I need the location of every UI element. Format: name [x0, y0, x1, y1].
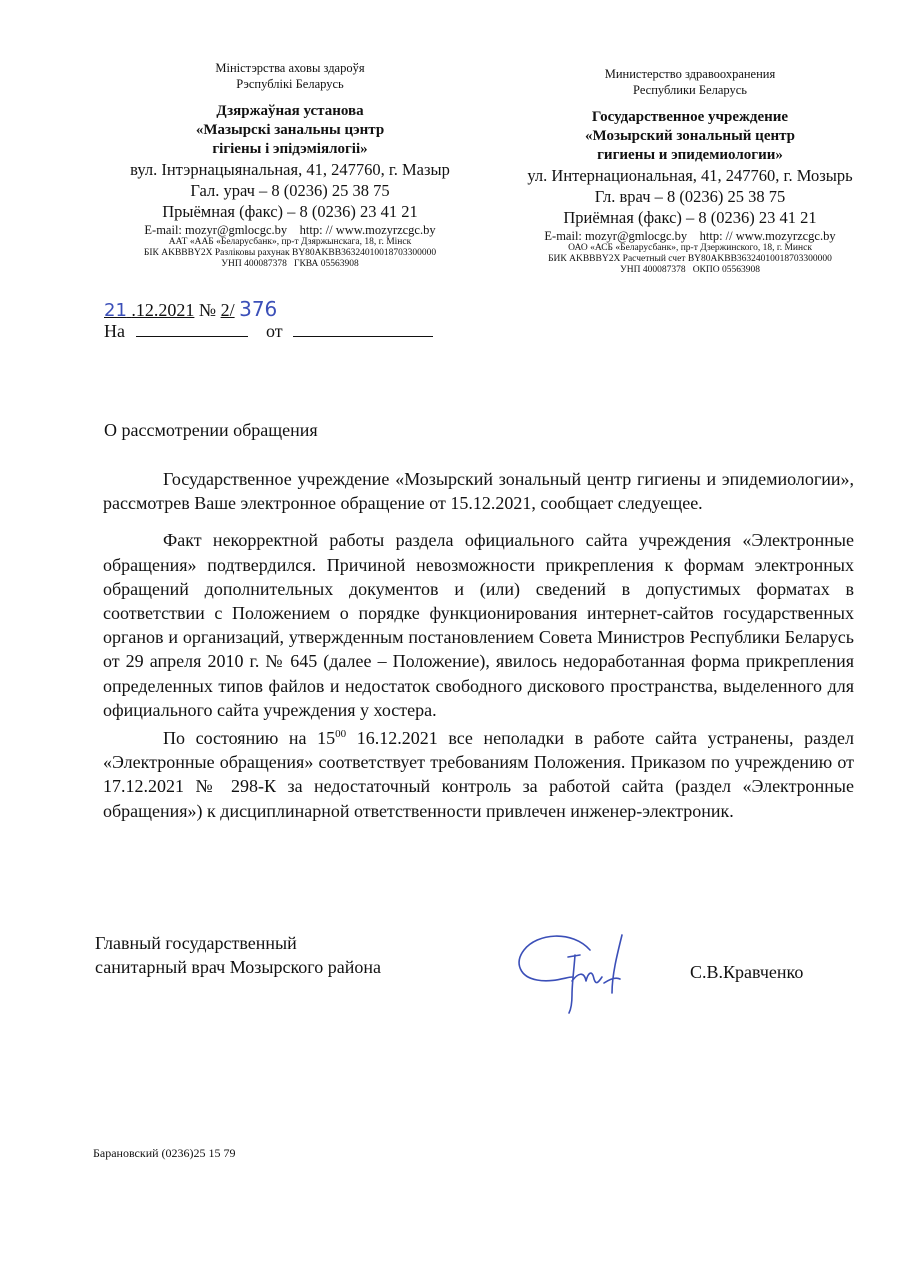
- title-line-1: Главный государственный: [95, 931, 381, 955]
- bank-line-2-by: БІК AKBBBY2X Разліковы рахунак BY80AKBB3…: [95, 248, 485, 259]
- number-label: №: [199, 300, 216, 320]
- org-line-2: «Мозырский зональный центр: [500, 127, 880, 146]
- header-left: Міністэрства аховы здароўя Рэспублікі Бе…: [95, 60, 485, 270]
- organization-name-by: Дзяржаўная установа «Мазырскі занальны ц…: [95, 102, 485, 159]
- org-line-2: «Мазырскі занальны цэнтр: [95, 121, 485, 140]
- signatory-title: Главный государственный санитарный врач …: [95, 931, 381, 979]
- printed-date: .12.2021: [131, 300, 194, 320]
- header-right: Министерство здравоохранения Республики …: [500, 66, 880, 276]
- bank-line-3-by: УНП 400087378 ГКВА 05563908: [95, 259, 485, 270]
- bank-line-2-ru: БИК AKBBBY2X Расчетный счет BY80AKBB3632…: [500, 254, 880, 265]
- org-line-1: Государственное учреждение: [500, 108, 880, 127]
- ministry-line-1: Министерство здравоохранения: [500, 66, 880, 82]
- reception-phone-ru: Приёмная (факс) – 8 (0236) 23 41 21: [500, 207, 880, 228]
- number-prefix: 2/: [221, 300, 235, 320]
- paragraph-3: По состоянию на 1500 16.12.2021 все непо…: [103, 722, 854, 823]
- from-blank: [293, 322, 433, 337]
- bank-line-1-ru: ОАО «АСБ «Беларусбанк», пр-т Дзержинског…: [500, 243, 880, 254]
- handwritten-number: 376: [239, 297, 277, 321]
- paragraph-1: Государственное учреждение «Мозырский зо…: [103, 467, 854, 515]
- bank-line-1-by: ААТ «ААБ «Беларусбанк», пр-т Дзяржынскаг…: [95, 237, 485, 248]
- time-minutes-sup: 00: [335, 728, 346, 740]
- registration-date: 21 .12.2021: [104, 300, 194, 320]
- org-line-3: гигиены и эпидемиологии»: [500, 146, 880, 165]
- ministry-name-by: Міністэрства аховы здароўя Рэспублікі Бе…: [95, 60, 485, 92]
- paragraph-2: Факт некорректной работы раздела официал…: [103, 528, 854, 722]
- reply-to-blank: [136, 322, 248, 337]
- registration-line: 21 .12.2021 № 2/ 376: [104, 297, 277, 321]
- email-web-ru: E-mail: mozyr@gmlocgc.by http: // www.mo…: [500, 229, 880, 243]
- ministry-line-2: Рэспублікі Беларусь: [95, 76, 485, 92]
- email-web-by: E-mail: mozyr@gmlocgc.by http: // www.mo…: [95, 223, 485, 237]
- ministry-line-2: Республики Беларусь: [500, 82, 880, 98]
- title-line-2: санитарный врач Мозырского района: [95, 955, 381, 979]
- reply-to-line: На от: [104, 321, 433, 342]
- letter-body: Государственное учреждение «Мозырский зо…: [103, 467, 854, 823]
- organization-name-ru: Государственное учреждение «Мозырский зо…: [500, 108, 880, 165]
- executor-contact: Барановский (0236)25 15 79: [93, 1146, 236, 1161]
- signatory-name: С.В.Кравченко: [690, 960, 803, 984]
- chief-phone-ru: Гл. врач – 8 (0236) 25 38 75: [500, 186, 880, 207]
- handwritten-signature-icon: [512, 925, 637, 1020]
- bank-line-3-ru: УНП 400087378 ОКПО 05563908: [500, 265, 880, 276]
- chief-phone-by: Гал. урач – 8 (0236) 25 38 75: [95, 180, 485, 201]
- handwritten-day: 21: [104, 300, 127, 321]
- org-line-3: гігіены і эпідэміялогіі»: [95, 140, 485, 159]
- reply-to-label: На: [104, 321, 125, 341]
- subject-line: О рассмотрении обращения: [104, 420, 318, 441]
- reception-phone-by: Прыёмная (факс) – 8 (0236) 23 41 21: [95, 201, 485, 222]
- ministry-name-ru: Министерство здравоохранения Республики …: [500, 66, 880, 98]
- address-by: вул. Інтэрнацыянальная, 41, 247760, г. М…: [95, 159, 485, 180]
- p3-start: По состоянию на 15: [163, 728, 335, 748]
- from-label: от: [266, 321, 283, 341]
- ministry-line-1: Міністэрства аховы здароўя: [95, 60, 485, 76]
- org-line-1: Дзяржаўная установа: [95, 102, 485, 121]
- address-ru: ул. Интернациональная, 41, 247760, г. Мо…: [500, 165, 880, 186]
